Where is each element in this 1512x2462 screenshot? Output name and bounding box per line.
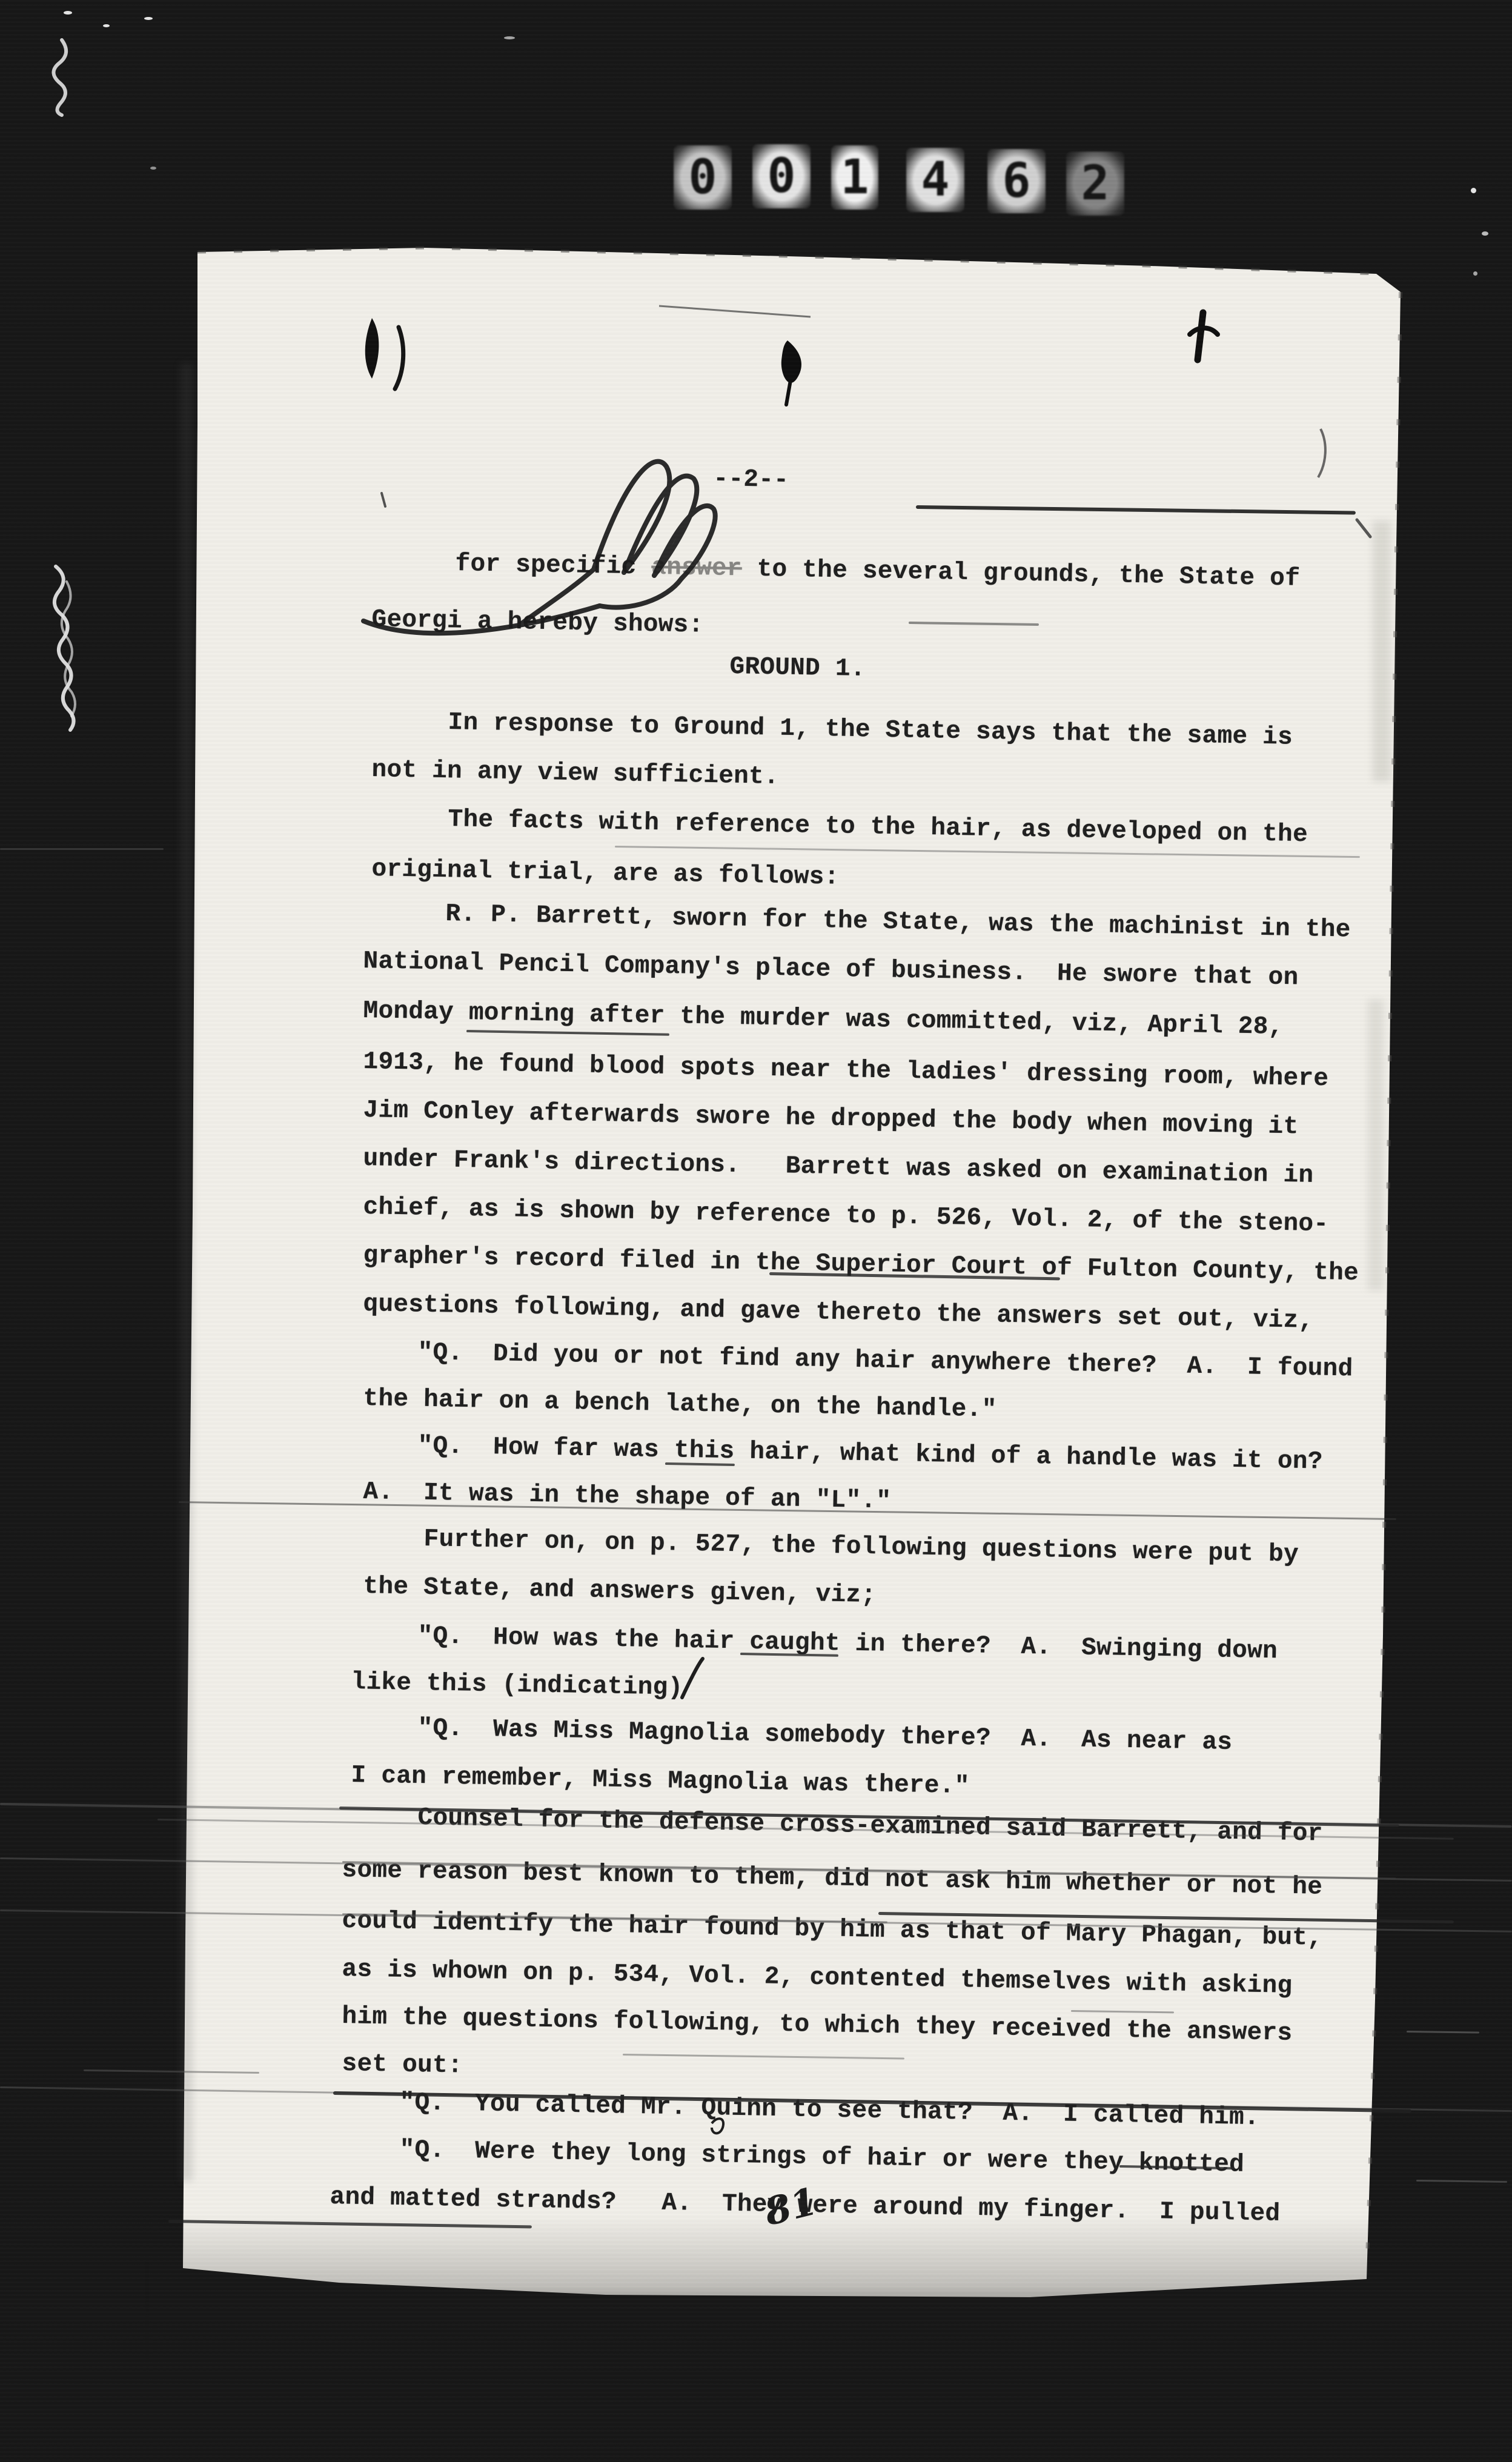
ink-blot-left xyxy=(365,318,379,379)
ink-stroke-left xyxy=(395,327,403,389)
dust-speck xyxy=(144,17,153,20)
film-scratch-marks xyxy=(53,40,190,2313)
scratch-diagonal xyxy=(659,306,811,317)
dust-speck xyxy=(1473,271,1477,276)
ink-marks-layer xyxy=(0,0,1512,2462)
handwritten-correction-scribble xyxy=(363,462,715,634)
pen-dash-corner xyxy=(1357,520,1370,537)
pen-slash-indicating xyxy=(682,1659,703,1697)
pen-mark-under-quinn xyxy=(712,2119,723,2133)
pen-arc-right xyxy=(1318,429,1325,477)
dust-speck xyxy=(1482,231,1488,236)
dust-speck xyxy=(1471,188,1476,193)
pen-tick xyxy=(382,493,385,506)
dust-speck xyxy=(504,36,515,39)
ink-blot-right xyxy=(1198,313,1203,360)
dust-speck xyxy=(103,24,110,27)
microfilm-frame: 0 0 1 4 6 2 --2-- for specific answer to… xyxy=(0,0,1512,2462)
dust-speck xyxy=(64,11,72,15)
dust-speck xyxy=(150,167,156,170)
